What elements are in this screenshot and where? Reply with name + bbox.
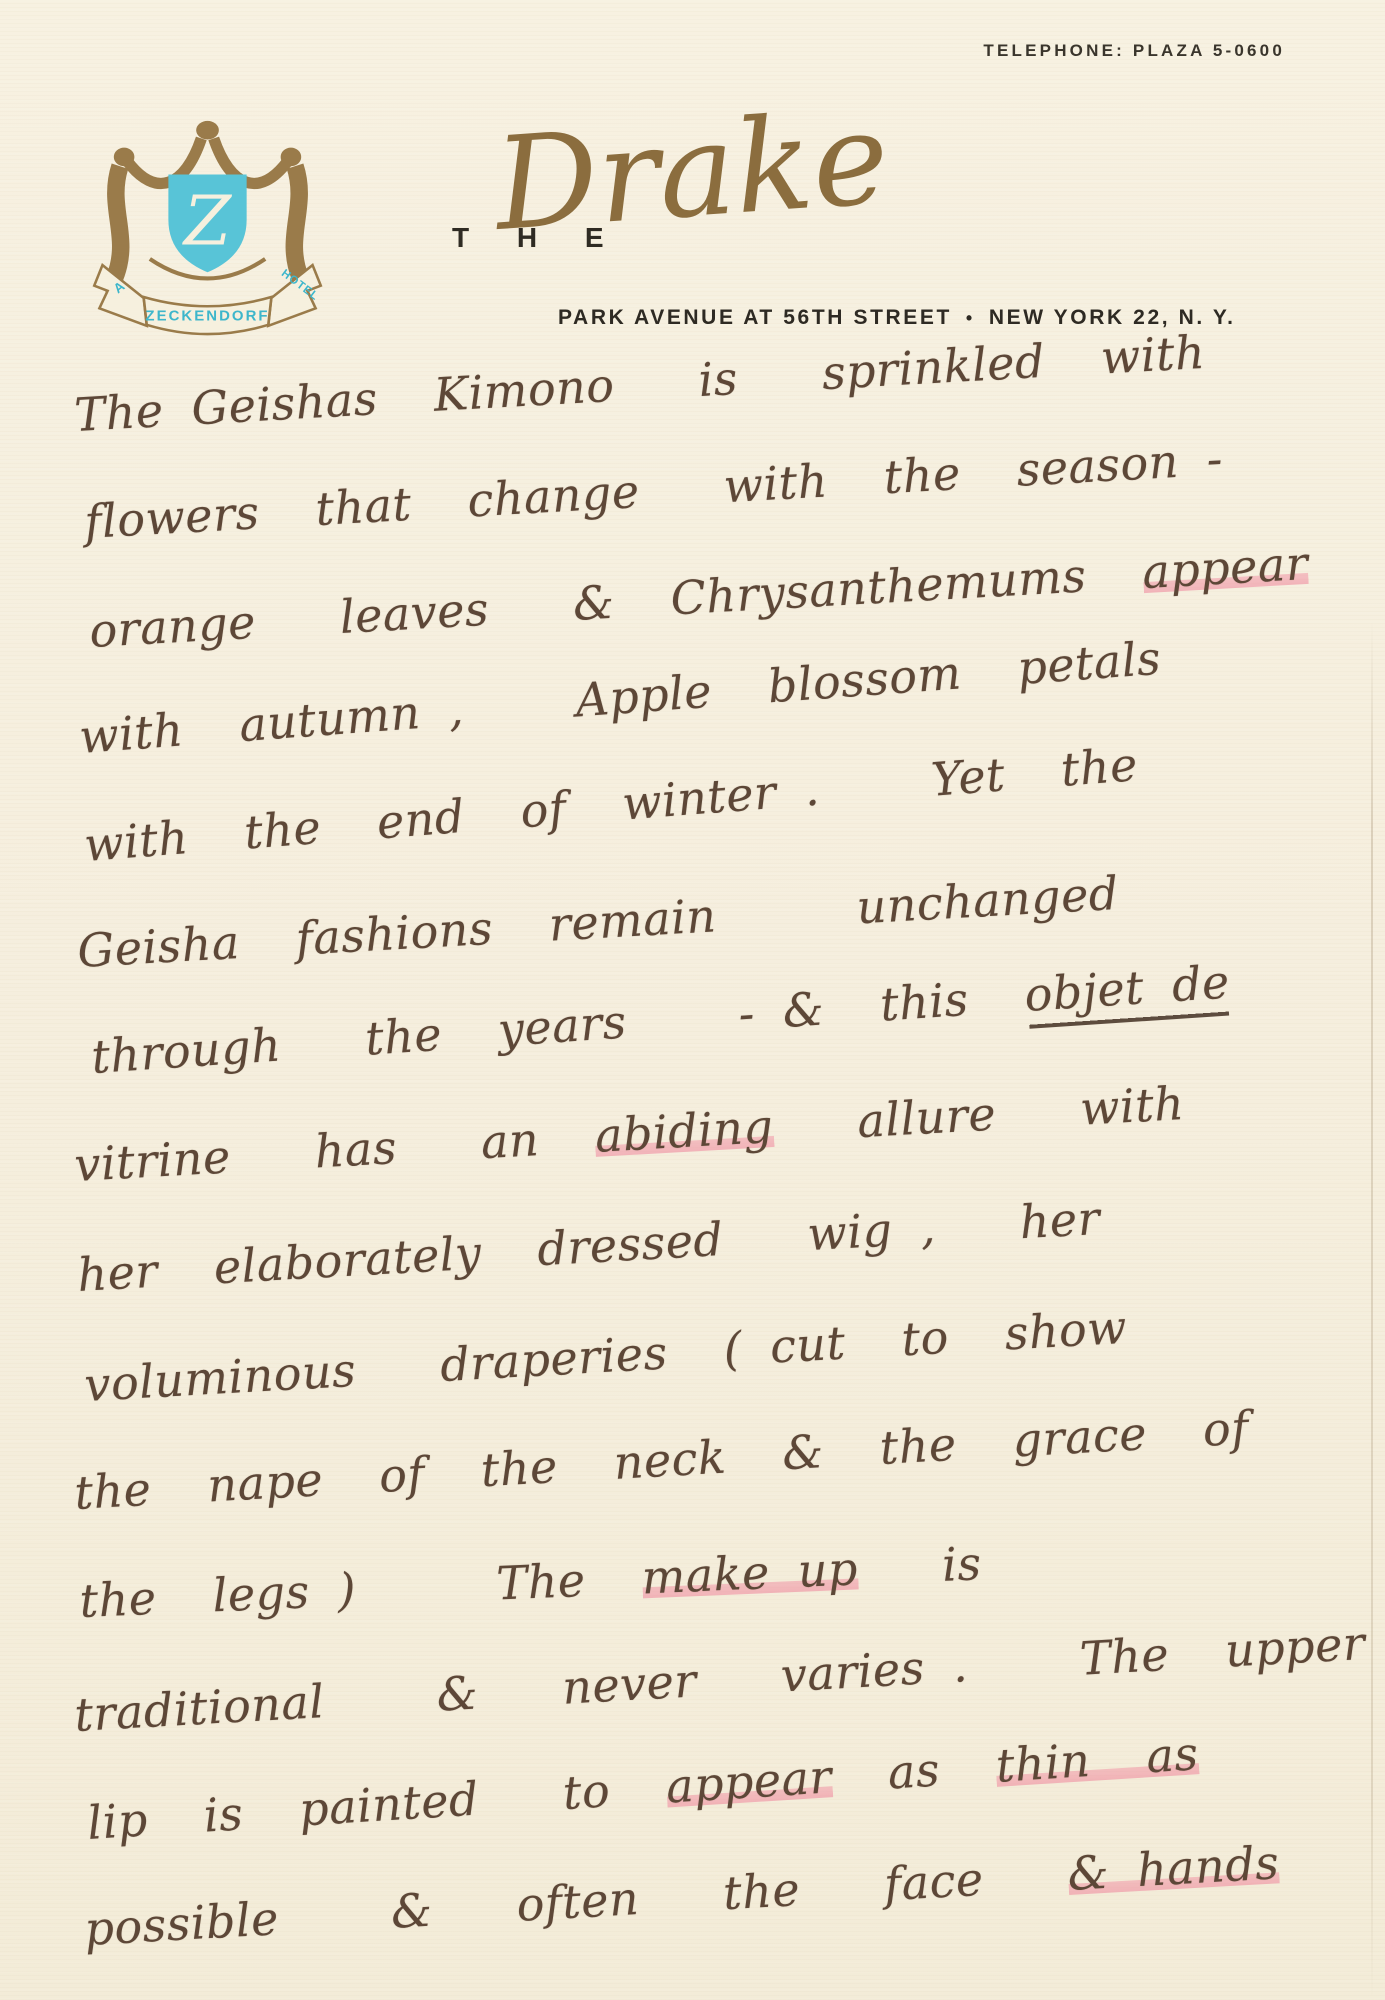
text-segment: orange leaves & Chrysanthemums: [88, 545, 1144, 658]
handwritten-line: voluminous draperies ( cut to show: [83, 1304, 1128, 1408]
text-segment: vitrine has an: [73, 1109, 597, 1192]
handwritten-line: through the years - & this objet de: [90, 958, 1231, 1079]
text-segment: possible & often the face: [83, 1847, 1069, 1956]
text-segment: as: [830, 1739, 998, 1803]
text-segment: the legs ) The: [78, 1550, 642, 1628]
text-segment: is: [857, 1536, 983, 1595]
telephone-line: TELEPHONE: PLAZA 5-0600: [983, 41, 1285, 61]
text-segment: Geisha fashions remain unchanged: [76, 866, 1120, 978]
paper-edge-line: [1371, 620, 1373, 2000]
hotel-crest: Z ZECKENDORF A HOTEL: [86, 104, 328, 352]
letter-page: TELEPHONE: PLAZA 5-0600 Z ZECKENDORF A H…: [0, 0, 1385, 2000]
handwritten-line: with autumn , Apple blossom petals: [78, 635, 1163, 760]
text-segment: the nape of the neck & the grace of: [73, 1400, 1250, 1520]
crest-monogram: Z: [182, 182, 233, 261]
handwritten-line: with the end of winter . Yet the: [83, 741, 1140, 868]
text-segment: through the years - & this: [90, 968, 1027, 1084]
pink-underlined-text: abiding: [594, 1099, 775, 1163]
address-line: PARK AVENUE AT 56TH STREET•NEW YORK 22, …: [558, 306, 1236, 330]
ink-underlined-text: objet de: [1023, 954, 1232, 1024]
handwritten-line: the legs ) The make up is: [79, 1540, 983, 1624]
text-segment: with autumn , Apple blossom petals: [77, 631, 1162, 764]
handwritten-line: traditional & never varies . The upper: [73, 1620, 1366, 1738]
address-street: PARK AVENUE AT 56TH STREET: [558, 306, 952, 329]
text-segment: allure with: [772, 1076, 1186, 1153]
text-segment: with the end of winter . Yet the: [82, 737, 1139, 872]
handwritten-line: possible & often the face & hands: [83, 1839, 1280, 1952]
handwritten-line: vitrine has an abiding allure with: [73, 1080, 1185, 1188]
text-segment: voluminous draperies ( cut to show: [83, 1300, 1128, 1412]
handwritten-line: flowers that change with the season -: [83, 435, 1224, 545]
banner-name: ZECKENDORF: [145, 308, 269, 325]
address-separator: •: [952, 308, 989, 328]
pink-underlined-text: & hands: [1066, 1835, 1280, 1901]
text-segment: flowers that change with the season -: [83, 431, 1224, 549]
text-segment: traditional & never varies . The upper: [73, 1616, 1367, 1742]
pink-underlined-text: thin as: [994, 1726, 1200, 1793]
pink-underlined-text: make up: [641, 1541, 859, 1604]
crest-shield: Z: [168, 174, 246, 272]
hotel-name: Drake: [491, 95, 892, 250]
handwritten-line: her elaborately dressed wig , her: [76, 1195, 1101, 1298]
handwritten-line: Geisha fashions remain unchanged: [76, 870, 1120, 974]
text-segment: her elaborately dressed wig , her: [76, 1191, 1101, 1302]
handwritten-line: the nape of the neck & the grace of: [73, 1404, 1250, 1516]
pink-underlined-text: appear: [664, 1749, 833, 1813]
pink-underlined-text: appear: [1141, 536, 1310, 599]
handwritten-line: lip is painted to appear as thin as: [86, 1730, 1200, 1846]
text-segment: lip is painted to: [86, 1760, 668, 1850]
